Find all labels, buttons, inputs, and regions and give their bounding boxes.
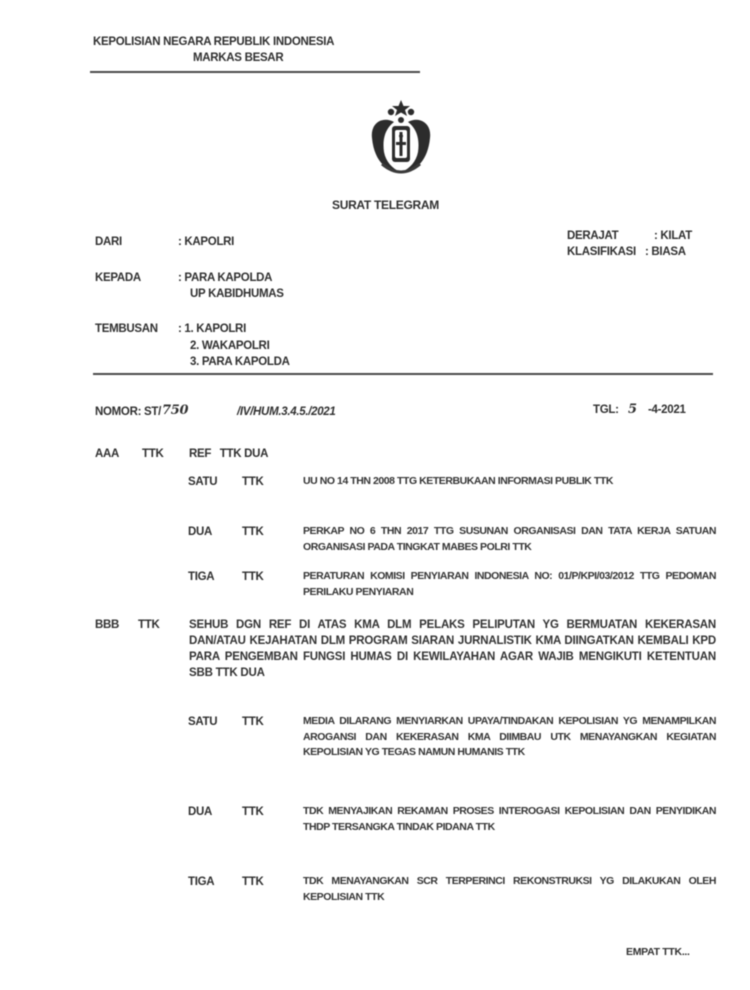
tgl-label: TGL: [593,404,619,416]
nomor-value: /IV/HUM.3.4.5./2021 [237,406,336,418]
unit-name: MARKAS BESAR [193,52,283,64]
bbb-ttk: TTK [138,619,159,631]
bbb-item-number: TIGA [188,876,214,888]
aaa-item-ttk: TTK [242,526,263,538]
aaa-item-number: TIGA [188,571,214,583]
document-title: SURAT TELEGRAM [332,198,439,212]
bbb-item-ttk: TTK [242,716,263,728]
tgl-handwritten: 5 [628,402,637,417]
dari-label: DARI [95,236,122,248]
bbb-text: SEHUB DGN REF DI ATAS KMA DLM PELAKS PEL… [189,617,716,681]
bbb-item-text: TDK MENYAJIKAN REKAMAN PROSES INTEROGASI… [303,804,716,835]
kepada-line: UP KABIDHUMAS [190,288,284,300]
nomor-handwritten: 750 [162,403,188,418]
klasifikasi-label: KLASIFIKASI [567,246,636,258]
dari-value: : KAPOLRI [178,236,234,248]
bbb-item-number: DUA [188,806,212,818]
aaa-item-text: UU NO 14 THN 2008 TTG KETERBUKAAN INFORM… [303,474,716,490]
tgl-value: -4-2021 [648,404,686,416]
aaa-item-ttk: TTK [242,476,263,488]
aaa-ttk: TTK [142,448,163,460]
tembusan-line: 2. WAKAPOLRI [190,340,269,352]
police-emblem-icon [360,98,442,180]
nomor-label: NOMOR: ST/ [95,406,161,418]
tembusan-line: 3. PARA KAPOLDA [190,356,290,368]
bbb-item-ttk: TTK [242,876,263,888]
bbb-item-text: MEDIA DILARANG MENYIARKAN UPAYA/TINDAKAN… [303,714,716,761]
aaa-ref-text: REF TTK DUA [189,448,268,460]
klasifikasi-value: : BIASA [645,246,686,258]
aaa-label: AAA [95,448,119,460]
bbb-item-number: SATU [188,716,217,728]
header-divider [90,71,420,73]
aaa-item-number: SATU [188,476,217,488]
kepada-line: : PARA KAPOLDA [178,272,272,284]
aaa-item-ttk: TTK [242,571,263,583]
derajat-value: : KILAT [654,230,692,242]
bbb-label: BBB [95,619,119,631]
meta-divider [93,373,713,375]
bbb-item-text: TDK MENAYANGKAN SCR TERPERINCI REKONSTRU… [303,874,716,905]
continuation-note: EMPAT TTK... [626,946,690,958]
tembusan-line: : 1. KAPOLRI [178,323,246,335]
bbb-item-ttk: TTK [242,806,263,818]
aaa-item-number: DUA [188,526,212,538]
tembusan-label: TEMBUSAN [95,323,158,335]
telegram-document: KEPOLISIAN NEGARA REPUBLIK INDONESIA MAR… [0,0,750,990]
aaa-item-text: PERKAP NO 6 THN 2017 TTG SUSUNAN ORGANIS… [303,524,716,555]
kepada-label: KEPADA [95,272,141,284]
institution-name: KEPOLISIAN NEGARA REPUBLIK INDONESIA [93,36,334,48]
derajat-label: DERAJAT [567,230,618,242]
aaa-item-text: PERATURAN KOMISI PENYIARAN INDONESIA NO:… [303,569,716,600]
